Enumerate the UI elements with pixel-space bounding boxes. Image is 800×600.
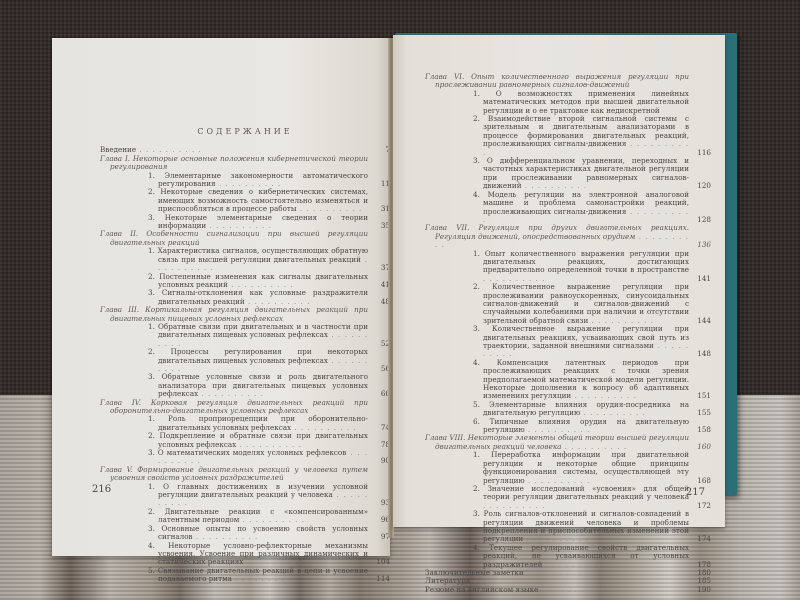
toc-entry-page: 190	[689, 586, 711, 594]
toc-entry-title: 4. Некоторые условно-рефлекторные механи…	[148, 542, 368, 567]
toc-entry-title: 2. Подкрепление и обратные связи при дви…	[148, 432, 368, 449]
toc-section: 1. Характеристика сигналов, осуществляющ…	[100, 247, 390, 272]
toc-chapter: Глава II. Особенности сигнализации при в…	[100, 230, 390, 247]
toc-entry-page: 41	[368, 281, 390, 289]
toc-section: 5. Связывание двигательных реакций в цеп…	[100, 567, 390, 584]
toc-section: 1. О главных достижениях в изучении усло…	[100, 483, 390, 508]
toc-entry-title: 2. Взаимодействие второй сигнальной сист…	[473, 115, 689, 157]
toc-section: 2. Некоторые сведения о кибернетических …	[100, 188, 390, 213]
toc-section: 1. Переработка информации при двигательн…	[425, 451, 711, 485]
toc-section: 1. Опыт количественного выражения регуля…	[425, 250, 711, 284]
toc-entry: Резюме на английском языке190	[425, 586, 711, 594]
toc-entry-title: Глава IV. Корковая регуляция двигательны…	[100, 399, 368, 416]
toc-entry-title: 5. Связывание двигательных реакций в цеп…	[148, 567, 368, 584]
toc-chapter: Глава I. Некоторые основные положения ки…	[100, 155, 390, 172]
toc-entry-title: 1. О возможностях применения линейных ма…	[473, 90, 689, 115]
right-page: Глава VI. Опыт количественного выражения…	[393, 35, 725, 527]
toc-entry-title: 1. Элементарные закономерности автоматич…	[148, 172, 368, 189]
toc-entry-title: Глава V. Формирование двигательных реакц…	[100, 466, 368, 483]
toc-section: 3. Количественное выражение регуляции пр…	[425, 325, 711, 359]
toc-section: 3. Обратные условные связи и роль двигат…	[100, 373, 390, 398]
toc-section: 3. О дифференциальном уравнении, переход…	[425, 157, 711, 191]
toc-entry-title: 1. О главных достижениях в изучении усло…	[148, 483, 368, 508]
toc-section: 3. Роль сигналов-отклонений и сигналов-с…	[425, 510, 711, 544]
toc-entry-page: 52	[368, 340, 390, 348]
toc-entry-page: 120	[689, 182, 711, 190]
toc-section: 4. Некоторые условно-рефлекторные механи…	[100, 542, 390, 567]
toc-chapter: Глава VI. Опыт количественного выражения…	[425, 73, 711, 90]
toc-entry-page: 104	[368, 558, 390, 566]
table-of-contents-right: Глава VI. Опыт количественного выражения…	[425, 73, 711, 594]
toc-section: 2. Постепенные изменения как сигналы дви…	[100, 273, 390, 290]
toc-entry-page: 136	[689, 241, 711, 249]
toc-entry-title: 2. Количественное выражение регуляции пр…	[473, 283, 689, 325]
toc-entry-page: 160	[689, 443, 711, 451]
toc-section: 2. Количественное выражение регуляции пр…	[425, 283, 711, 325]
toc-entry-page: 151	[689, 392, 711, 400]
toc-entry-title: Глава VII. Регуляция при других двигател…	[425, 224, 689, 249]
toc-entry-page: 114	[368, 575, 390, 583]
toc-entry-page: 90	[368, 457, 390, 465]
toc-chapter: Глава V. Формирование двигательных реакц…	[100, 466, 390, 483]
toc-entry-title: 2. Значение исследований «усвоения» для …	[473, 485, 689, 510]
toc-entry-title: 2. Двигательные реакции с «компенсирован…	[148, 508, 368, 525]
toc-entries-left: Введение7Глава I. Некоторые основные пол…	[100, 146, 390, 583]
toc-entry-title: Глава II. Особенности сигнализации при в…	[100, 230, 368, 247]
toc-section: 2. Взаимодействие второй сигнальной сист…	[425, 115, 711, 157]
toc-entry-title: 4. Текущее регулирование свойств двигате…	[473, 544, 689, 569]
toc-chapter: Глава IV. Корковая регуляция двигательны…	[100, 399, 390, 416]
toc-entry-page: 168	[689, 477, 711, 485]
toc-entry-title: 2. Постепенные изменения как сигналы дви…	[148, 273, 368, 290]
toc-section: 1. Роль проприорецепции при оборонительн…	[100, 415, 390, 432]
toc-section: 1. О возможностях применения линейных ма…	[425, 90, 711, 115]
toc-entry-page: 35	[368, 222, 390, 230]
toc-entry-page: 141	[689, 275, 711, 283]
toc-entry-title: 1. Переработка информации при двигательн…	[473, 451, 689, 485]
toc-entry-title: Глава III. Кортикальная регуляция двигат…	[100, 306, 368, 323]
toc-entry-title: 5. Элементарные влияния орудия-посредник…	[473, 401, 689, 418]
toc-section: 3. О математических моделях условных реф…	[100, 449, 390, 466]
toc-entry-page: 78	[368, 441, 390, 449]
toc-entry-title: 3. Сигналы-отклонения как условные раздр…	[148, 289, 368, 306]
table-of-contents-left: СОДЕРЖАНИЕ Введение7Глава I. Некоторые о…	[100, 128, 390, 584]
toc-entry-page: 158	[689, 426, 711, 434]
toc-entry-page: 97	[368, 533, 390, 541]
toc-section: 4. Компенсация латентных периодов при пр…	[425, 359, 711, 401]
page-number-right: 217	[686, 487, 705, 498]
contents-heading: СОДЕРЖАНИЕ	[100, 128, 390, 136]
toc-entry-title: 3. О математических моделях условных реф…	[148, 449, 368, 466]
toc-entry-page: 116	[689, 149, 711, 157]
toc-entry-title: Резюме на английском языке	[425, 586, 689, 594]
toc-chapter: Глава III. Кортикальная регуляция двигат…	[100, 306, 390, 323]
left-page: СОДЕРЖАНИЕ Введение7Глава I. Некоторые о…	[52, 38, 390, 556]
toc-section: 4. Текущее регулирование свойств двигате…	[425, 544, 711, 569]
toc-entry-title: Глава I. Некоторые основные положения ки…	[100, 155, 368, 172]
toc-entry-page: 11	[368, 180, 390, 188]
toc-entry-page: 48	[368, 298, 390, 306]
toc-section: 2. Процессы регулирования при некоторых …	[100, 348, 390, 373]
toc-entry-title: 3. О дифференциальном уравнении, переход…	[473, 157, 689, 191]
toc-entry-page: 174	[689, 535, 711, 543]
toc-entry-title: Глава VIII. Некоторые элементы общей тео…	[425, 434, 689, 451]
toc-section: 2. Подкрепление и обратные связи при дви…	[100, 432, 390, 449]
toc-section: 2. Значение исследований «усвоения» для …	[425, 485, 711, 510]
toc-entry-title: 4. Модель регуляции на электронной анало…	[473, 191, 689, 225]
page-number-left: 216	[92, 484, 111, 495]
toc-entry-page: 37	[368, 264, 390, 272]
toc-entry-title: 1. Обратные связи при двигательных и в ч…	[148, 323, 368, 348]
toc-entry-title: 1. Опыт количественного выражения регуля…	[473, 250, 689, 284]
toc-entry-title: 3. Основные опыты по усвоению свойств ус…	[148, 525, 368, 542]
toc-entry-title: 3. Некоторые элементарные сведения о тео…	[148, 214, 368, 231]
toc-entry-page: 155	[689, 409, 711, 417]
toc-section: 3. Основные опыты по усвоению свойств ус…	[100, 525, 390, 542]
toc-entry-title: 2. Некоторые сведения о кибернетических …	[148, 188, 368, 213]
toc-entry-title: 4. Компенсация латентных периодов при пр…	[473, 359, 689, 401]
toc-section: 3. Некоторые элементарные сведения о тео…	[100, 214, 390, 231]
toc-chapter: Глава VII. Регуляция при других двигател…	[425, 224, 711, 249]
toc-chapter: Глава VIII. Некоторые элементы общей тео…	[425, 434, 711, 451]
toc-section: 4. Модель регуляции на электронной анало…	[425, 191, 711, 225]
toc-entry-page: 74	[368, 424, 390, 432]
toc-section: 5. Элементарные влияния орудия-посредник…	[425, 401, 711, 418]
toc-section: 6. Типичные влияния орудия на двигательн…	[425, 418, 711, 435]
toc-entry-page: 148	[689, 350, 711, 358]
toc-entry-page: 7	[368, 146, 390, 154]
toc-entry-title: Глава VI. Опыт количественного выражения…	[425, 73, 689, 90]
toc-entry-page: 93	[368, 499, 390, 507]
toc-entry-title: 3. Роль сигналов-отклонений и сигналов-с…	[473, 510, 689, 544]
toc-entry-title: 6. Типичные влияния орудия на двигательн…	[473, 418, 689, 435]
toc-entry-title: 3. Обратные условные связи и роль двигат…	[148, 373, 368, 398]
toc-entry-title: 1. Роль проприорецепции при оборонительн…	[148, 415, 368, 432]
toc-entry-page: 56	[368, 365, 390, 373]
toc-section: 1. Элементарные закономерности автоматич…	[100, 172, 390, 189]
toc-entry-title: 3. Количественное выражение регуляции пр…	[473, 325, 689, 359]
toc-entry-title: 1. Характеристика сигналов, осуществляющ…	[148, 247, 368, 272]
toc-entry-page: 66	[368, 390, 390, 398]
toc-entry-page: 172	[689, 502, 711, 510]
toc-entries-right: Глава VI. Опыт количественного выражения…	[425, 73, 711, 594]
toc-section: 1. Обратные связи при двигательных и в ч…	[100, 323, 390, 348]
toc-entry-page: 128	[689, 216, 711, 224]
toc-entry-page: 144	[689, 317, 711, 325]
toc-entry-page: 31	[368, 205, 390, 213]
toc-section: 3. Сигналы-отклонения как условные раздр…	[100, 289, 390, 306]
toc-entry-title: 2. Процессы регулирования при некоторых …	[148, 348, 368, 373]
toc-section: 2. Двигательные реакции с «компенсирован…	[100, 508, 390, 525]
toc-entry-page: 96	[368, 516, 390, 524]
